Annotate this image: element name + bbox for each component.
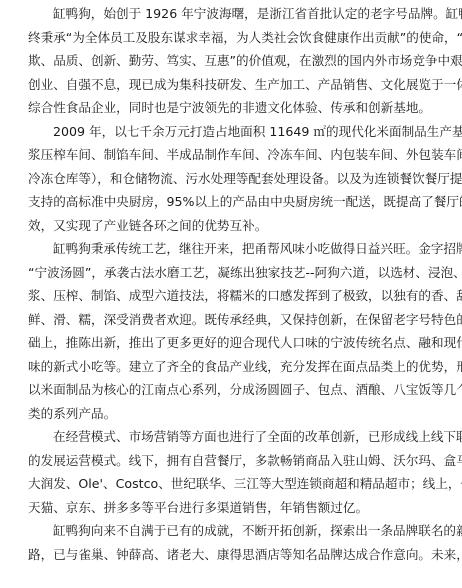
text-line: 冷冻仓库等），和仓储物流、污水处理等配套处理设备。以及为连锁餐饮餐厅提供 — [28, 167, 431, 191]
text-line: 础上，推陈出新，推出了更多更好的迎合现代人口味的宁波传统名点、融和现代口 — [28, 331, 431, 355]
text-line: 支持的高标准中央厨房，95%以上的产品由中央厨房统一配送，既提高了餐厅的平 — [28, 190, 431, 214]
text-line: 在经营模式、市场营销等方面也进行了全面的改革创新，已形成线上线下联动 — [28, 425, 431, 449]
document-body: 缸鸭狗，始创于 1926 年宁波海曙，是浙江省首批认定的老字号品牌。缸鸭狗始 终… — [28, 2, 431, 566]
text-line: 天猫、京东、拼多多等平台进行多渠道销售，年销售额过亿。 — [28, 496, 431, 520]
text-line: 大润发、Ole'、Costco、世纪联华、三江等大型连锁商超和精品超市；线上，依… — [28, 472, 431, 496]
text-line: 缸鸭狗，始创于 1926 年宁波海曙，是浙江省首批认定的老字号品牌。缸鸭狗始 — [28, 2, 431, 26]
text-line: 的发展运营模式。线下，拥有自营餐厅，多款畅销商品入驻山姆、沃尔玛、盒马、 — [28, 449, 431, 473]
text-line: “宁波汤圆”，承袭古法水磨工艺，凝练出独家技艺--阿狗六道，以选材、浸泡、磨 — [28, 261, 431, 285]
text-line: 创业、自强不息，现已成为集科技研发、生产加工、产品销售、文化展览于一体的 — [28, 73, 431, 97]
text-line: 浆压榨车间、制馅车间、半成品制作车间、冷冻车间、内包装车间、外包装车间、 — [28, 143, 431, 167]
text-line: 味的新式小吃等。建立了齐全的食品产业线，充分发挥在面点品类上的优势，形成 — [28, 355, 431, 379]
text-line: 缸鸭狗秉承传统工艺，继往开来，把甬帮风味小吃做得日益兴旺。金字招牌的 — [28, 237, 431, 261]
text-line: 效，又实现了产业链各环之间的优势互补。 — [28, 214, 431, 238]
paragraph-production-base: 2009 年，以七千余万元打造占地面积 11649 ㎡的现代化米面制品生产基地(… — [28, 120, 431, 238]
paragraph-history: 缸鸭狗，始创于 1926 年宁波海曙，是浙江省首批认定的老字号品牌。缸鸭狗始 终… — [28, 2, 431, 120]
text-line: 路，已与雀巢、钟薛高、诸老大、康得思酒店等知名品牌达成合作意向。未来，缸 — [28, 543, 431, 567]
text-line: 浆、压榨、制馅、成型六道技法，将糯米的口感发挥到了极致，以独有的香、甜、 — [28, 284, 431, 308]
text-line: 缸鸭狗向来不自满于已有的成就，不断开拓创新，探索出一条品牌联名的新道 — [28, 519, 431, 543]
paragraph-craftsmanship: 缸鸭狗秉承传统工艺，继往开来，把甬帮风味小吃做得日益兴旺。金字招牌的 “宁波汤圆… — [28, 237, 431, 425]
paragraph-business-model: 在经营模式、市场营销等方面也进行了全面的改革创新，已形成线上线下联动 的发展运营… — [28, 425, 431, 519]
text-line: 鲜、滑、糯，深受消费者欢迎。既传承经典，又保持创新，在保留老字号特色的基 — [28, 308, 431, 332]
text-line: 以米面制品为核心的江南点心系列，分成汤圆圆子、包点、酒酿、八宝饭等几个品 — [28, 378, 431, 402]
text-line: 类的系列产品。 — [28, 402, 431, 426]
text-line: 2009 年，以七千余万元打造占地面积 11649 ㎡的现代化米面制品生产基地(… — [28, 120, 431, 144]
text-line: 欺、品质、创新、勤劳、笃实、互惠”的价值观，在激烈的国内外市场竞争中艰苦 — [28, 49, 431, 73]
text-line: 终秉承“为全体员工及股东谋求幸福，为人类社会饮食健康作出贡献”的使命，“戒 — [28, 26, 431, 50]
paragraph-brand-collaboration: 缸鸭狗向来不自满于已有的成就，不断开拓创新，探索出一条品牌联名的新道 路，已与雀… — [28, 519, 431, 566]
text-line: 综合性食品企业，同时也是宁波领先的非遗文化体验、传承和创新基地。 — [28, 96, 431, 120]
